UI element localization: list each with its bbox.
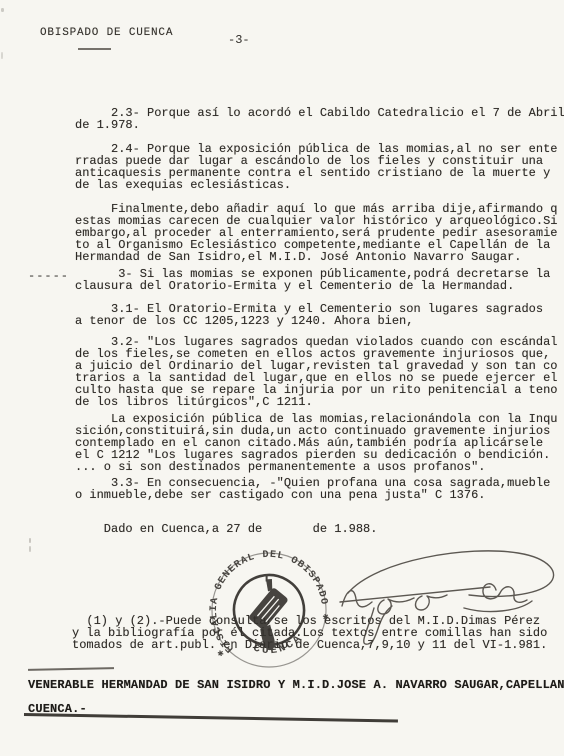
paragraph-2-4: 2.4- Porque la exposición pública de las… [75, 144, 557, 192]
letterhead-office: OBISPADO DE CUENCA [40, 27, 173, 39]
footer-rule-short [28, 667, 114, 671]
paragraph-3-2: 3.2- "Los lugares sagrados quedan violad… [75, 337, 557, 408]
paragraph-3: 3- Si las momias se exponen públicamente… [75, 269, 550, 293]
footer-rule-long [24, 713, 398, 722]
stamp-star-left-icon: ✱ [217, 648, 226, 660]
signature [318, 536, 562, 650]
scan-speck [29, 546, 31, 552]
scan-speck [1, 52, 3, 59]
paragraph-3-3: 3.3- En consecuencia, -"Quien profana un… [75, 478, 550, 502]
paragraph-exposicion: La exposición pública de las momias,rela… [75, 414, 557, 474]
paragraph-2-3: 2.3- Porque así lo acordó el Cabildo Cat… [75, 108, 564, 132]
margin-dashes: ----- [28, 269, 69, 283]
dado-line: Dado en Cuenca,a 27 de de 1.988. [75, 524, 377, 536]
scan-speck [29, 538, 31, 543]
paragraph-finalmente: Finalmente,debo añadir aquí lo que más a… [75, 204, 557, 264]
paragraph-3-1: 3.1- El Oratorio-Ermita y el Cementerio … [75, 304, 543, 328]
scan-speck [1, 8, 4, 12]
document-page: OBISPADO DE CUENCA -3- 2.3- Porque así l… [0, 0, 564, 756]
letterhead-underline [78, 48, 111, 50]
page-number: -3- [228, 33, 250, 47]
